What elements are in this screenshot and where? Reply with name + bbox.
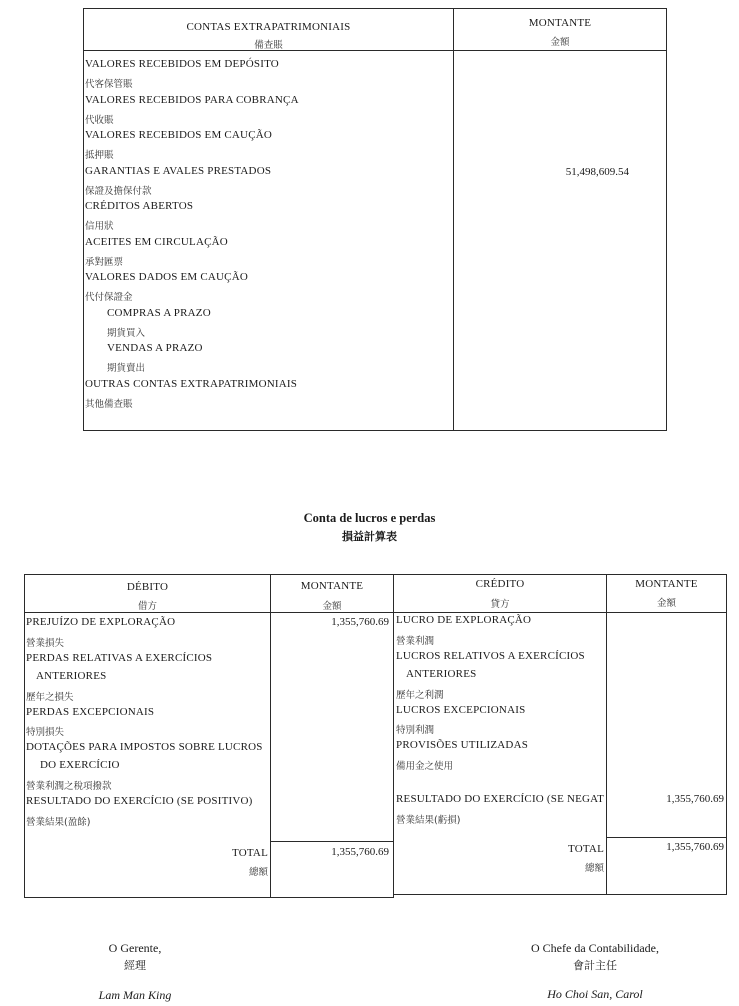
pl-border-bottom-right bbox=[393, 894, 727, 895]
account-label: VALORES RECEBIDOS EM DEPÓSITO bbox=[85, 58, 279, 70]
account-label-zh: 承對匯票 bbox=[85, 254, 123, 268]
header-amount-pt: MONTANTE bbox=[454, 17, 666, 29]
debit-line: RESULTADO DO EXERCÍCIO (SE POSITIVO) bbox=[26, 795, 253, 807]
table-border-left bbox=[83, 8, 84, 431]
credit-line: PROVISÕES UTILIZADAS bbox=[396, 739, 528, 751]
header-accounts-pt: CONTAS EXTRAPATRIMONIAIS bbox=[84, 21, 453, 33]
account-label: COMPRAS A PRAZO bbox=[107, 307, 211, 319]
debit-amount: 1,355,760.69 bbox=[271, 616, 389, 628]
debit-total-amount: 1,355,760.69 bbox=[271, 846, 389, 858]
account-label: VALORES DADOS EM CAUÇÃO bbox=[85, 271, 248, 283]
account-amount: 51,498,609.54 bbox=[455, 166, 629, 178]
debit-total-label: TOTAL bbox=[25, 847, 268, 859]
credit-amount-header-zh: 金額 bbox=[607, 595, 726, 609]
credit-line: 歷年之利潤 bbox=[396, 687, 444, 701]
debit-line: DOTAÇÕES PARA IMPOSTOS SOBRE LUCROS bbox=[26, 741, 263, 753]
account-label-zh: 信用狀 bbox=[85, 218, 114, 232]
account-label-zh: 代付保證金 bbox=[85, 289, 133, 303]
credit-lines: LUCRO DE EXPLORAÇÃO營業利潤LUCROS RELATIVOS … bbox=[396, 614, 606, 834]
credit-total-label: TOTAL bbox=[394, 843, 604, 855]
debit-line: PREJUÍZO DE EXPLORAÇÃO bbox=[26, 616, 175, 628]
account-label: ACEITES EM CIRCULAÇÃO bbox=[85, 236, 228, 248]
credit-total-label-zh: 總額 bbox=[394, 860, 604, 874]
account-label: VENDAS A PRAZO bbox=[107, 342, 203, 354]
credit-amount: 1,355,760.69 bbox=[607, 793, 724, 805]
account-label: OUTRAS CONTAS EXTRAPATRIMONIAIS bbox=[85, 378, 297, 390]
debit-line: PERDAS RELATIVAS A EXERCÍCIOS bbox=[26, 652, 212, 664]
credit-line: LUCROS RELATIVOS A EXERCÍCIOS bbox=[396, 650, 585, 662]
manager-role-zh: 經理 bbox=[50, 957, 220, 973]
debit-total-label-zh: 總額 bbox=[25, 864, 268, 878]
chief-accountant-role: O Chefe da Contabilidade, bbox=[490, 941, 700, 956]
account-label-zh: 期貨買入 bbox=[107, 325, 145, 339]
pl-header-divider bbox=[24, 612, 727, 613]
debit-line: DO EXERCÍCIO bbox=[40, 759, 120, 771]
account-label: CRÉDITOS ABERTOS bbox=[85, 200, 193, 212]
pl-border-right bbox=[726, 574, 727, 895]
account-label-zh: 其他備查賬 bbox=[85, 396, 133, 410]
credit-line: RESULTADO DO EXERCÍCIO (SE NEGAT bbox=[396, 793, 604, 805]
header-amount-zh: 金額 bbox=[454, 34, 666, 48]
credit-line: 備用金之使用 bbox=[396, 758, 453, 772]
debit-header-pt: DÉBITO bbox=[25, 581, 270, 593]
credit-line: 營業利潤 bbox=[396, 633, 434, 647]
account-label: GARANTIAS E AVALES PRESTADOS bbox=[85, 165, 271, 177]
manager-name: Lam Man King bbox=[50, 988, 220, 1003]
pl-title-zh: 損益計算表 bbox=[0, 528, 739, 544]
credit-line: 特別利潤 bbox=[396, 722, 434, 736]
header-accounts-zh: 備查賬 bbox=[84, 37, 453, 51]
off-balance-rows: VALORES RECEBIDOS EM DEPÓSITO代客保管賬VALORE… bbox=[85, 58, 665, 418]
pl-border-top bbox=[24, 574, 727, 575]
credit-line: ANTERIORES bbox=[406, 668, 476, 680]
debit-line: 特別損失 bbox=[26, 724, 64, 738]
debit-lines: PREJUÍZO DE EXPLORAÇÃO營業損失PERDAS RELATIV… bbox=[26, 616, 269, 836]
debit-line: PERDAS EXCEPCIONAIS bbox=[26, 706, 154, 718]
table-border-bottom bbox=[83, 430, 667, 431]
credit-amounts: 1,355,760.69 bbox=[607, 614, 724, 834]
debit-line: ANTERIORES bbox=[36, 670, 106, 682]
debit-line: 營業損失 bbox=[26, 635, 64, 649]
chief-accountant-role-zh: 會計主任 bbox=[490, 957, 700, 973]
debit-amount-header-pt: MONTANTE bbox=[271, 580, 393, 592]
chief-accountant-name: Ho Choi San, Carol bbox=[490, 987, 700, 1002]
account-label: VALORES RECEBIDOS EM CAUÇÃO bbox=[85, 129, 272, 141]
credit-line: LUCRO DE EXPLORAÇÃO bbox=[396, 614, 531, 626]
account-label: VALORES RECEBIDOS PARA COBRANÇA bbox=[85, 94, 299, 106]
manager-role: O Gerente, bbox=[50, 941, 220, 956]
pl-title: Conta de lucros e perdas bbox=[0, 511, 739, 526]
table-border-top bbox=[83, 8, 667, 9]
pl-border-bottom-left bbox=[24, 897, 393, 898]
credit-total-amount: 1,355,760.69 bbox=[607, 841, 724, 853]
debit-line: 歷年之損失 bbox=[26, 689, 74, 703]
credit-header-zh: 貸方 bbox=[394, 596, 606, 610]
credit-total-divider bbox=[606, 837, 727, 838]
debit-line: 營業結果(盈餘) bbox=[26, 814, 90, 828]
table-border-right bbox=[666, 8, 667, 431]
account-label-zh: 抵押賬 bbox=[85, 147, 114, 161]
account-label-zh: 代客保管賬 bbox=[85, 76, 133, 90]
credit-header-pt: CRÉDITO bbox=[394, 578, 606, 590]
credit-amount-header-pt: MONTANTE bbox=[607, 578, 726, 590]
credit-line: LUCROS EXCEPCIONAIS bbox=[396, 704, 525, 716]
debit-header-zh: 借方 bbox=[25, 598, 270, 612]
credit-line: 營業結果(虧損) bbox=[396, 812, 460, 826]
account-label-zh: 代收賬 bbox=[85, 112, 114, 126]
debit-total-divider bbox=[270, 841, 394, 842]
account-label-zh: 期貨賣出 bbox=[107, 360, 145, 374]
debit-amounts: 1,355,760.69 bbox=[271, 616, 389, 836]
debit-amount-header-zh: 金額 bbox=[271, 598, 393, 612]
account-label-zh: 保證及擔保付款 bbox=[85, 183, 152, 197]
debit-line: 營業利潤之稅項撥款 bbox=[26, 778, 112, 792]
